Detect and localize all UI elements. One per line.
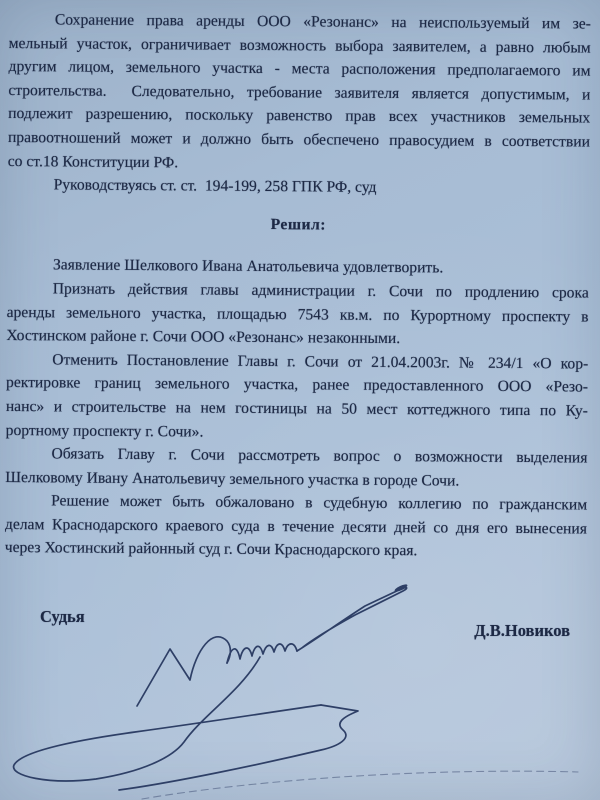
judge-role-label: Судья — [40, 607, 85, 627]
paragraph: Сохранение права аренды ООО «Резонанс» н… — [8, 8, 591, 178]
text-line: Руководствуясь ст. ст. 194-199, 258 ГПК … — [8, 173, 590, 201]
signature-block: Судья Д.В.Новиков — [40, 607, 570, 641]
paragraph: Отменить Постановление Главы г. Сочи от … — [6, 348, 589, 447]
document-page: Сохранение права аренды ООО «Резонанс» н… — [0, 0, 600, 800]
text-line: через Хостинский районный суд г. Сочи Кр… — [5, 536, 587, 564]
court-decision-text: Сохранение права аренды ООО «Резонанс» н… — [5, 8, 591, 565]
paragraph: Решение может быть обжаловано в судебную… — [5, 489, 588, 564]
judge-name: Д.В.Новиков — [474, 607, 570, 641]
judge-signature — [0, 560, 600, 800]
paragraph: Признать действия главы администрации г.… — [6, 277, 589, 352]
decision-heading: Решил: — [7, 211, 589, 239]
paragraph: Обязать Главу г. Сочи рассмотреть вопрос… — [5, 442, 587, 494]
paragraph: Руководствуясь ст. ст. 194-199, 258 ГПК … — [8, 173, 590, 201]
